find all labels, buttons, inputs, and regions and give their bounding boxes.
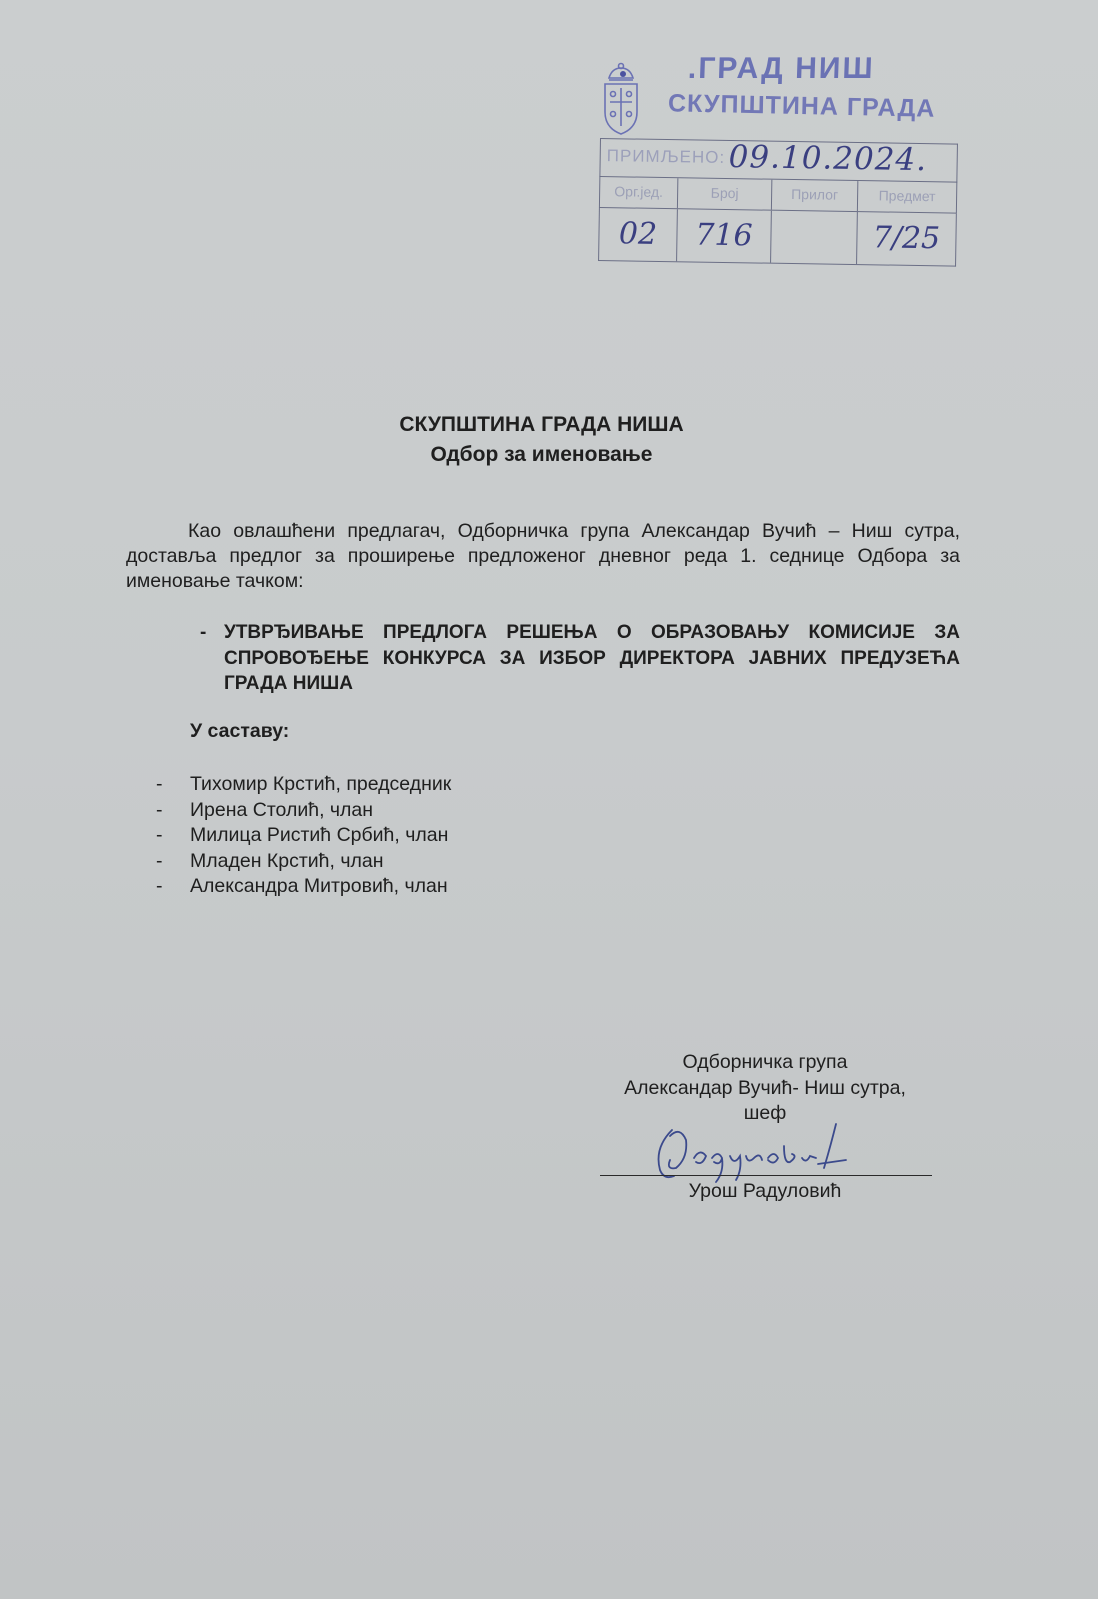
list-bullet: - — [156, 874, 163, 900]
received-label: ПРИМЉЕНО: — [607, 146, 726, 168]
list-bullet: - — [156, 772, 163, 798]
document-heading: СКУПШТИНА ГРАДА НИША Одбор за именовање — [0, 410, 1083, 470]
stamp-body: СКУПШТИНА ГРАДА — [668, 89, 936, 124]
signatory-name: Урош Радуловић — [600, 1180, 930, 1203]
stamp-org-unit-value: 02 — [599, 208, 678, 261]
stamp-col-number: Број — [678, 178, 772, 209]
members-list: -Тихомир Крстић, председник -Ирена Столи… — [156, 772, 451, 900]
member-text: Младен Крстић, члан — [190, 850, 384, 872]
list-item: -Младен Крстић, члан — [156, 849, 451, 875]
list-item: -Тихомир Крстић, председник — [156, 772, 451, 798]
list-item: -Александра Митровић, члан — [156, 874, 451, 900]
document-subtitle: Одбор за именовање — [0, 440, 1083, 470]
composition-label: У саставу: — [190, 720, 289, 743]
list-item: -Милица Ристић Србић, члан — [156, 823, 451, 849]
coat-of-arms-icon — [600, 62, 642, 136]
intro-paragraph: Као овлашћени предлагач, Одборничка груп… — [126, 519, 960, 594]
signature-group-line: Одборничка група — [600, 1050, 930, 1076]
list-bullet: - — [156, 798, 163, 824]
stamp-value-row: 02 716 7/25 — [598, 208, 957, 267]
list-bullet: - — [156, 849, 163, 875]
list-item: -Ирена Столић, члан — [156, 798, 451, 824]
stamp-city: .ГРАД НИШ — [687, 52, 875, 86]
stamp-col-org-unit: Орг.јед. — [600, 177, 678, 208]
registry-stamp: .ГРАД НИШ СКУПШТИНА ГРАДА ПРИМЉЕНО: 09.1… — [600, 52, 972, 282]
stamp-attachment-value — [771, 211, 858, 264]
document-title: СКУПШТИНА ГРАДА НИША — [0, 410, 1083, 440]
stamp-registry-table: ПРИМЉЕНО: 09.10.2024. Орг.јед. Број Прил… — [598, 138, 956, 268]
signature-line — [600, 1175, 932, 1176]
list-bullet: - — [156, 823, 163, 849]
stamp-col-subject: Предмет — [858, 181, 956, 213]
agenda-item-text: УТВРЂИВАЊЕ ПРЕДЛОГА РЕШЕЊА О ОБРАЗОВАЊУ … — [224, 620, 960, 697]
stamp-col-attachment: Прилог — [772, 180, 858, 211]
stamp-subject-value: 7/25 — [857, 212, 956, 266]
signature-group-name: Александар Вучић- Ниш сутра, — [600, 1076, 930, 1102]
member-text: Александра Митровић, члан — [190, 875, 448, 897]
member-text: Тихомир Крстић, председник — [190, 773, 451, 795]
agenda-item: - УТВРЂИВАЊЕ ПРЕДЛОГА РЕШЕЊА О ОБРАЗОВАЊ… — [200, 620, 960, 697]
received-date: 09.10.2024. — [728, 139, 927, 178]
member-text: Милица Ристић Србић, члан — [190, 824, 448, 846]
agenda-bullet: - — [200, 620, 206, 646]
member-text: Ирена Столић, члан — [190, 799, 373, 821]
stamp-number-value: 716 — [677, 209, 772, 262]
signature-block: Одборничка група Александар Вучић- Ниш с… — [600, 1050, 930, 1127]
